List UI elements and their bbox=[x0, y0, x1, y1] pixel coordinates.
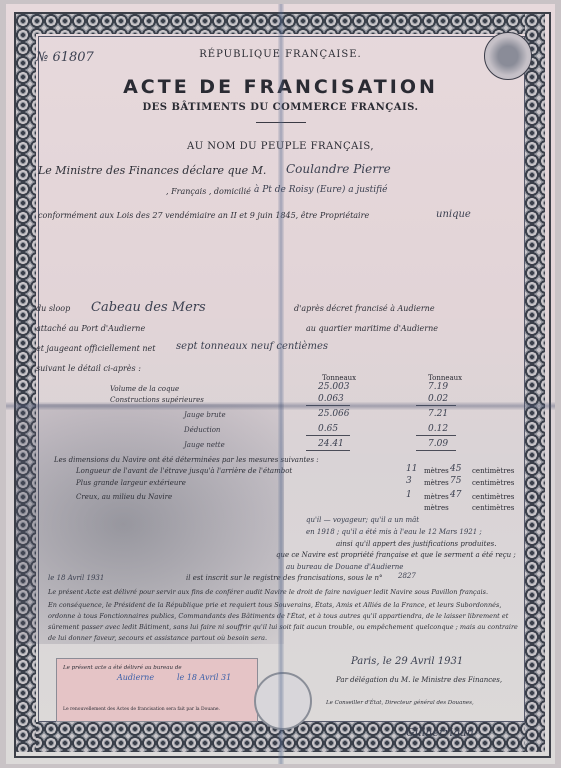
vessel-quarter: au quartier maritime d'Audierne bbox=[306, 324, 438, 333]
conseiller-line: Le Conseiller d'État, Directeur général … bbox=[326, 700, 474, 706]
history-line3: ainsi qu'il appert des justifications pr… bbox=[336, 540, 496, 548]
stub-box: Le présent acte a été délivré au bureau … bbox=[56, 658, 258, 722]
register-number: 2827 bbox=[398, 572, 416, 580]
history-line4: que ce Navire est propriété française et… bbox=[276, 551, 516, 559]
dimension-meters: 1 bbox=[406, 490, 412, 500]
unit-m: mètres bbox=[424, 467, 449, 475]
declaration-lead: Le Ministre des Finances déclare que M. bbox=[38, 164, 266, 177]
document-sheet: № 61807 RÉPUBLIQUE FRANÇAISE. ACTE DE FR… bbox=[6, 4, 555, 764]
measure-value: 0.65 bbox=[318, 424, 338, 434]
stub-place: Audierne bbox=[117, 673, 154, 682]
history-line2: en 1918 ; qu'il a été mis à l'eau le 12 … bbox=[306, 528, 482, 536]
declaration-line2: , Français , domicilié bbox=[166, 187, 251, 196]
unit-cm: centimètres bbox=[472, 493, 514, 501]
measure-value: 25.066 bbox=[318, 409, 350, 419]
unit-m: mètres bbox=[424, 479, 449, 487]
unit-cm: centimètres bbox=[472, 467, 514, 475]
signing-date: 29 Avril 1931 bbox=[395, 656, 463, 667]
sum-rule bbox=[416, 450, 456, 451]
history-line1: qu'il — voyageur; qu'il a un mât bbox=[306, 516, 419, 524]
measure-value: 25.003 bbox=[318, 382, 350, 392]
stub-note: Le renouvellement des Actes de francisat… bbox=[63, 707, 220, 712]
sum-rule bbox=[306, 450, 350, 451]
declaration-line3: conformément aux Lois des 27 vendémiaire… bbox=[38, 211, 369, 220]
registration-text: il est inscrit sur le registre des franc… bbox=[186, 574, 383, 582]
measure-value: 24.41 bbox=[318, 439, 344, 449]
delegation-line: Par délégation du M. le Ministre des Fin… bbox=[336, 676, 502, 684]
stub-date: le 18 Avril 31 bbox=[177, 673, 231, 682]
fold-crease-vertical bbox=[278, 4, 284, 764]
signature: Gillherrigan bbox=[406, 726, 474, 739]
vessel-type: du sloop bbox=[36, 304, 70, 313]
dimension-meters: 11 bbox=[406, 464, 417, 474]
domicile: à Pt de Roisy (Eure) a justifié bbox=[254, 185, 387, 195]
dimension-label: Plus grande largeur extérieure bbox=[76, 479, 186, 487]
unit-m: mètres bbox=[424, 493, 449, 501]
dimension-cm: 47 bbox=[450, 490, 461, 500]
registration-date: le 18 Avril 1931 bbox=[48, 574, 104, 582]
col1-header: Tonneaux bbox=[322, 374, 356, 382]
fold-crease-horizontal bbox=[6, 402, 555, 410]
vessel-built: d'après décret francisé à Audierne bbox=[294, 304, 435, 313]
dimension-label: Creux, au milieu du Navire bbox=[76, 493, 172, 501]
dimension-meters: 3 bbox=[406, 476, 412, 486]
sum-rule bbox=[416, 435, 456, 436]
place-prefix: Paris, le bbox=[351, 656, 392, 667]
dimension-cm: 75 bbox=[450, 476, 461, 486]
detail-label: suivant le détail ci-après : bbox=[36, 364, 141, 373]
customs-office: au bureau de Douane d'Audierne bbox=[286, 563, 403, 571]
ownership-type: unique bbox=[436, 209, 471, 220]
measure-label: Volume de la coque bbox=[110, 385, 179, 393]
vessel-tonnage-label: et jaugeant officiellement net bbox=[36, 344, 155, 353]
vessel-name: Cabeau des Mers bbox=[91, 300, 206, 315]
measure-value: 7.19 bbox=[428, 382, 448, 392]
owner-name: Coulandre Pierre bbox=[286, 162, 391, 176]
dimension-cm: 45 bbox=[450, 464, 461, 474]
ornamental-border-right bbox=[525, 14, 545, 752]
col2-header: Tonneaux bbox=[428, 374, 462, 382]
measure-value: 7.09 bbox=[428, 439, 448, 449]
sum-rule bbox=[306, 435, 350, 436]
stub-text: Le présent acte a été délivré au bureau … bbox=[63, 665, 182, 671]
measure-value: 7.21 bbox=[428, 409, 448, 419]
unit-m: mètres bbox=[424, 504, 449, 512]
vessel-attached: attaché au Port d'Audierne bbox=[36, 324, 145, 333]
vessel-tonnage-words: sept tonneaux neuf centièmes bbox=[176, 341, 328, 352]
dimension-label: Longueur de l'avant de l'étrave jusqu'à … bbox=[76, 467, 292, 475]
unit-cm: centimètres bbox=[472, 504, 514, 512]
measure-value: 0.12 bbox=[428, 424, 448, 434]
unit-cm: centimètres bbox=[472, 479, 514, 487]
